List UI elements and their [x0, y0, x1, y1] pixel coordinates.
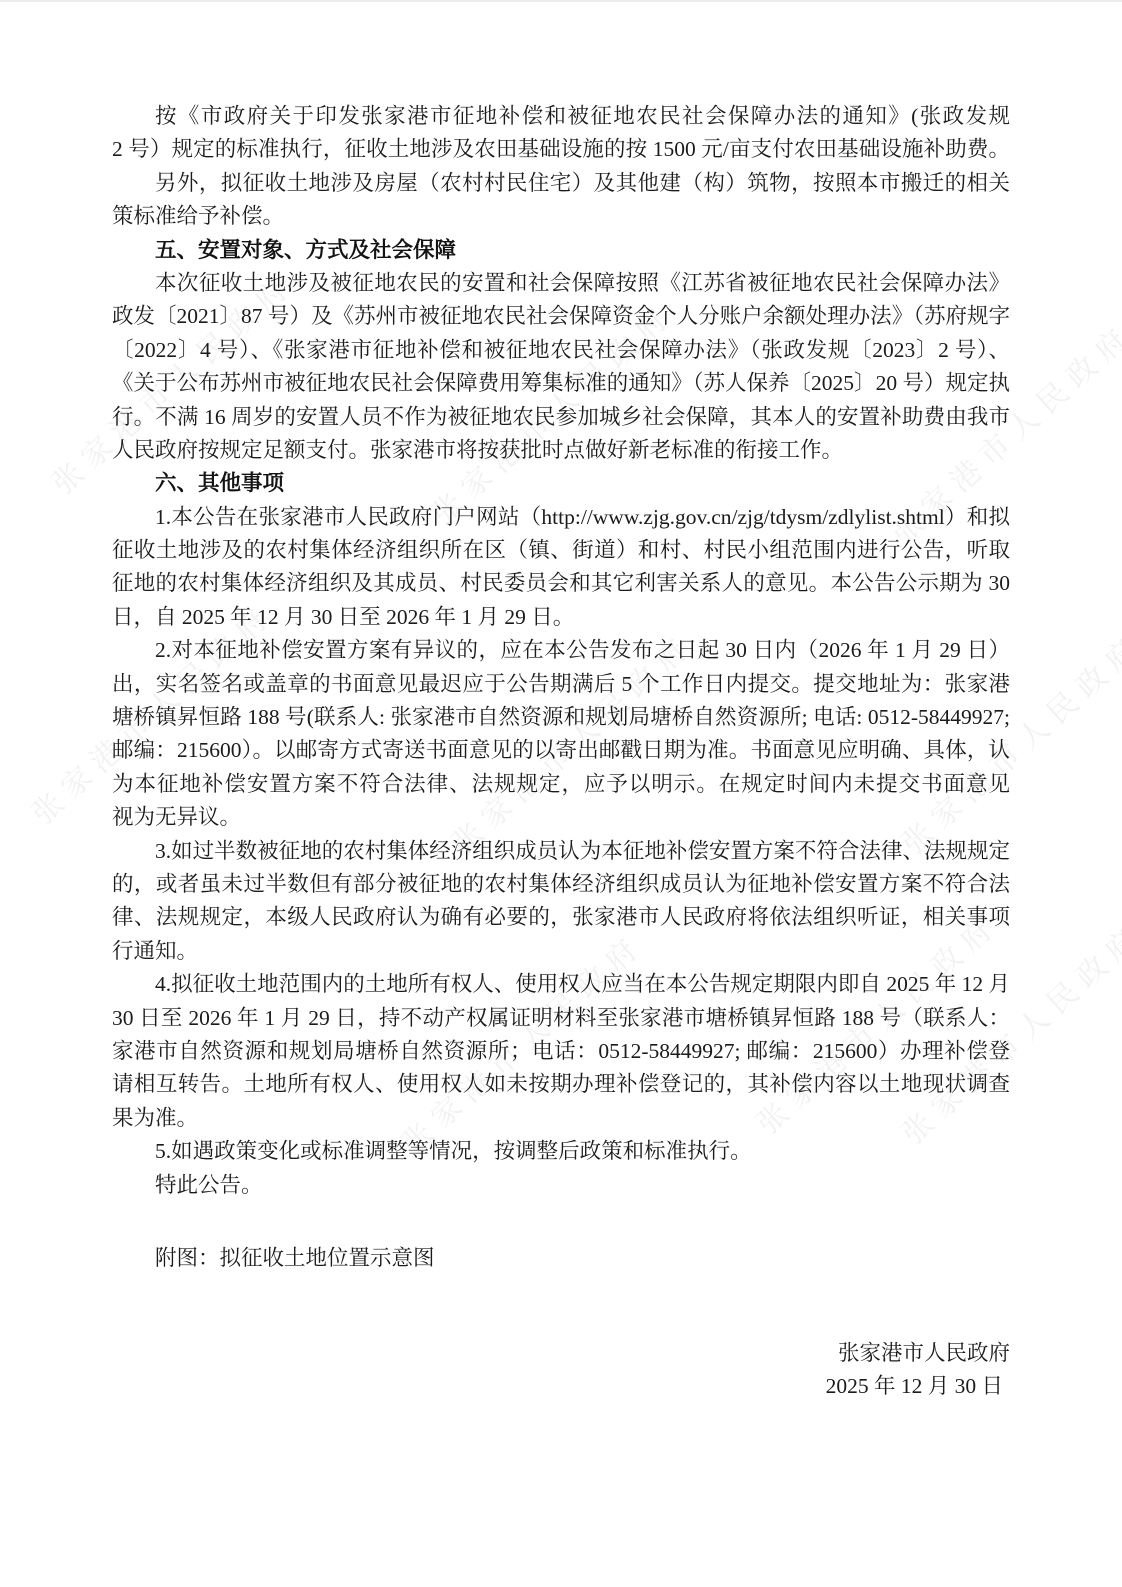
signature-issuer: 张家港市人民政府 [112, 1337, 1010, 1370]
para-item-1-publication-line-2: 征收土地涉及的农村集体经济组织所在区（镇、街道）和村、村民小组范围内进行公告，听… [112, 534, 1010, 567]
para-social-security-line-6: 人民政府按规定足额支付。张家港市将按获批时点做好新老标准的衔接工作。 [112, 434, 1010, 467]
para-item-4-registration-line-5: 果为准。 [112, 1102, 1010, 1135]
para-social-security-line-3: 〔2022〕4 号）、《张家港市征地补偿和被征地农民社会保障办法》（张政发规〔2… [112, 334, 1010, 367]
section-6-heading: 六、其他事项 [112, 467, 1010, 500]
para-item-4-registration-line-4: 请相互转告。土地所有权人、使用权人如未按期办理补偿登记的，其补偿内容以土地现状调… [112, 1068, 1010, 1101]
para-social-security-line-4: 《关于公布苏州市被征地农民社会保障费用筹集标准的通知》（苏人保养〔2025〕20… [112, 367, 1010, 400]
para-item-2-objections-line-4: 邮编：215600）。以邮寄方式寄送书面意见的以寄出邮戳日期为准。书面意见应明确… [112, 734, 1010, 767]
para-item-3-hearing-line-1: 3.如过半数被征地的农村集体经济组织成员认为本征地补偿安置方案不符合法律、法规规… [112, 835, 1010, 868]
para-item-3-hearing-line-2: 的，或者虽未过半数但有部分被征地的农村集体经济组织成员认为征地补偿安置方案不符合… [112, 868, 1010, 901]
para-compensation-standard-line-2: 2 号）规定的标准执行，征收土地涉及农田基础设施的按 1500 元/亩支付农田基… [112, 133, 1010, 166]
document-body: 按《市政府关于印发张家港市征地补偿和被征地农民社会保障办法的通知》(张政发规〔2… [112, 0, 1010, 1275]
para-compensation-standard-line-1: 按《市政府关于印发张家港市征地补偿和被征地农民社会保障办法的通知》(张政发规〔2… [112, 100, 1010, 133]
para-item-5-policy-change-line-1: 5.如遇政策变化或标准调整等情况，按调整后政策和标准执行。 [112, 1135, 1010, 1168]
para-social-security-line-1: 本次征收土地涉及被征地农民的安置和社会保障按照《江苏省被征地农民社会保障办法》(… [112, 267, 1010, 300]
para-item-4-registration-line-2: 30 日至 2026 年 1 月 29 日，持不动产权属证明材料至张家港市塘桥镇… [112, 1002, 1010, 1035]
signature-block: 张家港市人民政府 2025 年 12 月 30 日 [112, 1337, 1010, 1404]
vertical-gap [112, 1202, 1010, 1242]
para-social-security-line-5: 行。不满 16 周岁的安置人员不作为被征地农民参加城乡社会保障，其本人的安置补助… [112, 401, 1010, 434]
para-item-3-hearing-line-4: 行通知。 [112, 935, 1010, 968]
para-item-4-registration-line-3: 家港市自然资源和规划局塘桥自然资源所；电话：0512-58449927; 邮编：… [112, 1035, 1010, 1068]
para-attachment-note-line-1: 附图：拟征收土地位置示意图 [112, 1242, 1010, 1275]
para-closing-line-1: 特此公告。 [112, 1169, 1010, 1202]
para-item-1-publication-line-3: 征地的农村集体经济组织及其成员、村民委员会和其它利害关系人的意见。本公告公示期为… [112, 567, 1010, 600]
para-item-2-objections-line-2: 出，实名签名或盖章的书面意见最迟应于公告期满后 5 个工作日内提交。提交地址为：… [112, 668, 1010, 701]
para-item-1-publication-line-1: 1.本公告在张家港市人民政府门户网站（http://www.zjg.gov.cn… [112, 501, 1010, 534]
para-item-2-objections-line-3: 塘桥镇昇恒路 188 号(联系人: 张家港市自然资源和规划局塘桥自然资源所; 电… [112, 701, 1010, 734]
section-5-heading: 五、安置对象、方式及社会保障 [112, 234, 1010, 267]
signature-date: 2025 年 12 月 30 日 [112, 1370, 1010, 1403]
para-item-1-publication-line-4: 日，自 2025 年 12 月 30 日至 2026 年 1 月 29 日。 [112, 601, 1010, 634]
para-item-3-hearing-line-3: 律、法规规定，本级人民政府认为确有必要的，张家港市人民政府将依法组织听证，相关事… [112, 901, 1010, 934]
para-item-4-registration-line-1: 4.拟征收土地范围内的土地所有权人、使用权人应当在本公告规定期限内即自 2025… [112, 968, 1010, 1001]
para-item-2-objections-line-5: 为本征地补偿安置方案不符合法律、法规规定，应予以明示。在规定时间内未提交书面意见… [112, 768, 1010, 801]
para-houses-buildings-line-2: 策标准给予补偿。 [112, 200, 1010, 233]
para-houses-buildings-line-1: 另外，拟征收土地涉及房屋（农村村民住宅）及其他建（构）筑物，按照本市搬迁的相关政 [112, 167, 1010, 200]
para-social-security-line-2: 政发〔2021〕87 号）及《苏州市被征地农民社会保障资金个人分账户余额处理办法… [112, 300, 1010, 333]
para-item-2-objections-line-1: 2.对本征地补偿安置方案有异议的，应在本公告发布之日起 30 日内（2026 年… [112, 634, 1010, 667]
para-item-2-objections-line-6: 视为无异议。 [112, 801, 1010, 834]
